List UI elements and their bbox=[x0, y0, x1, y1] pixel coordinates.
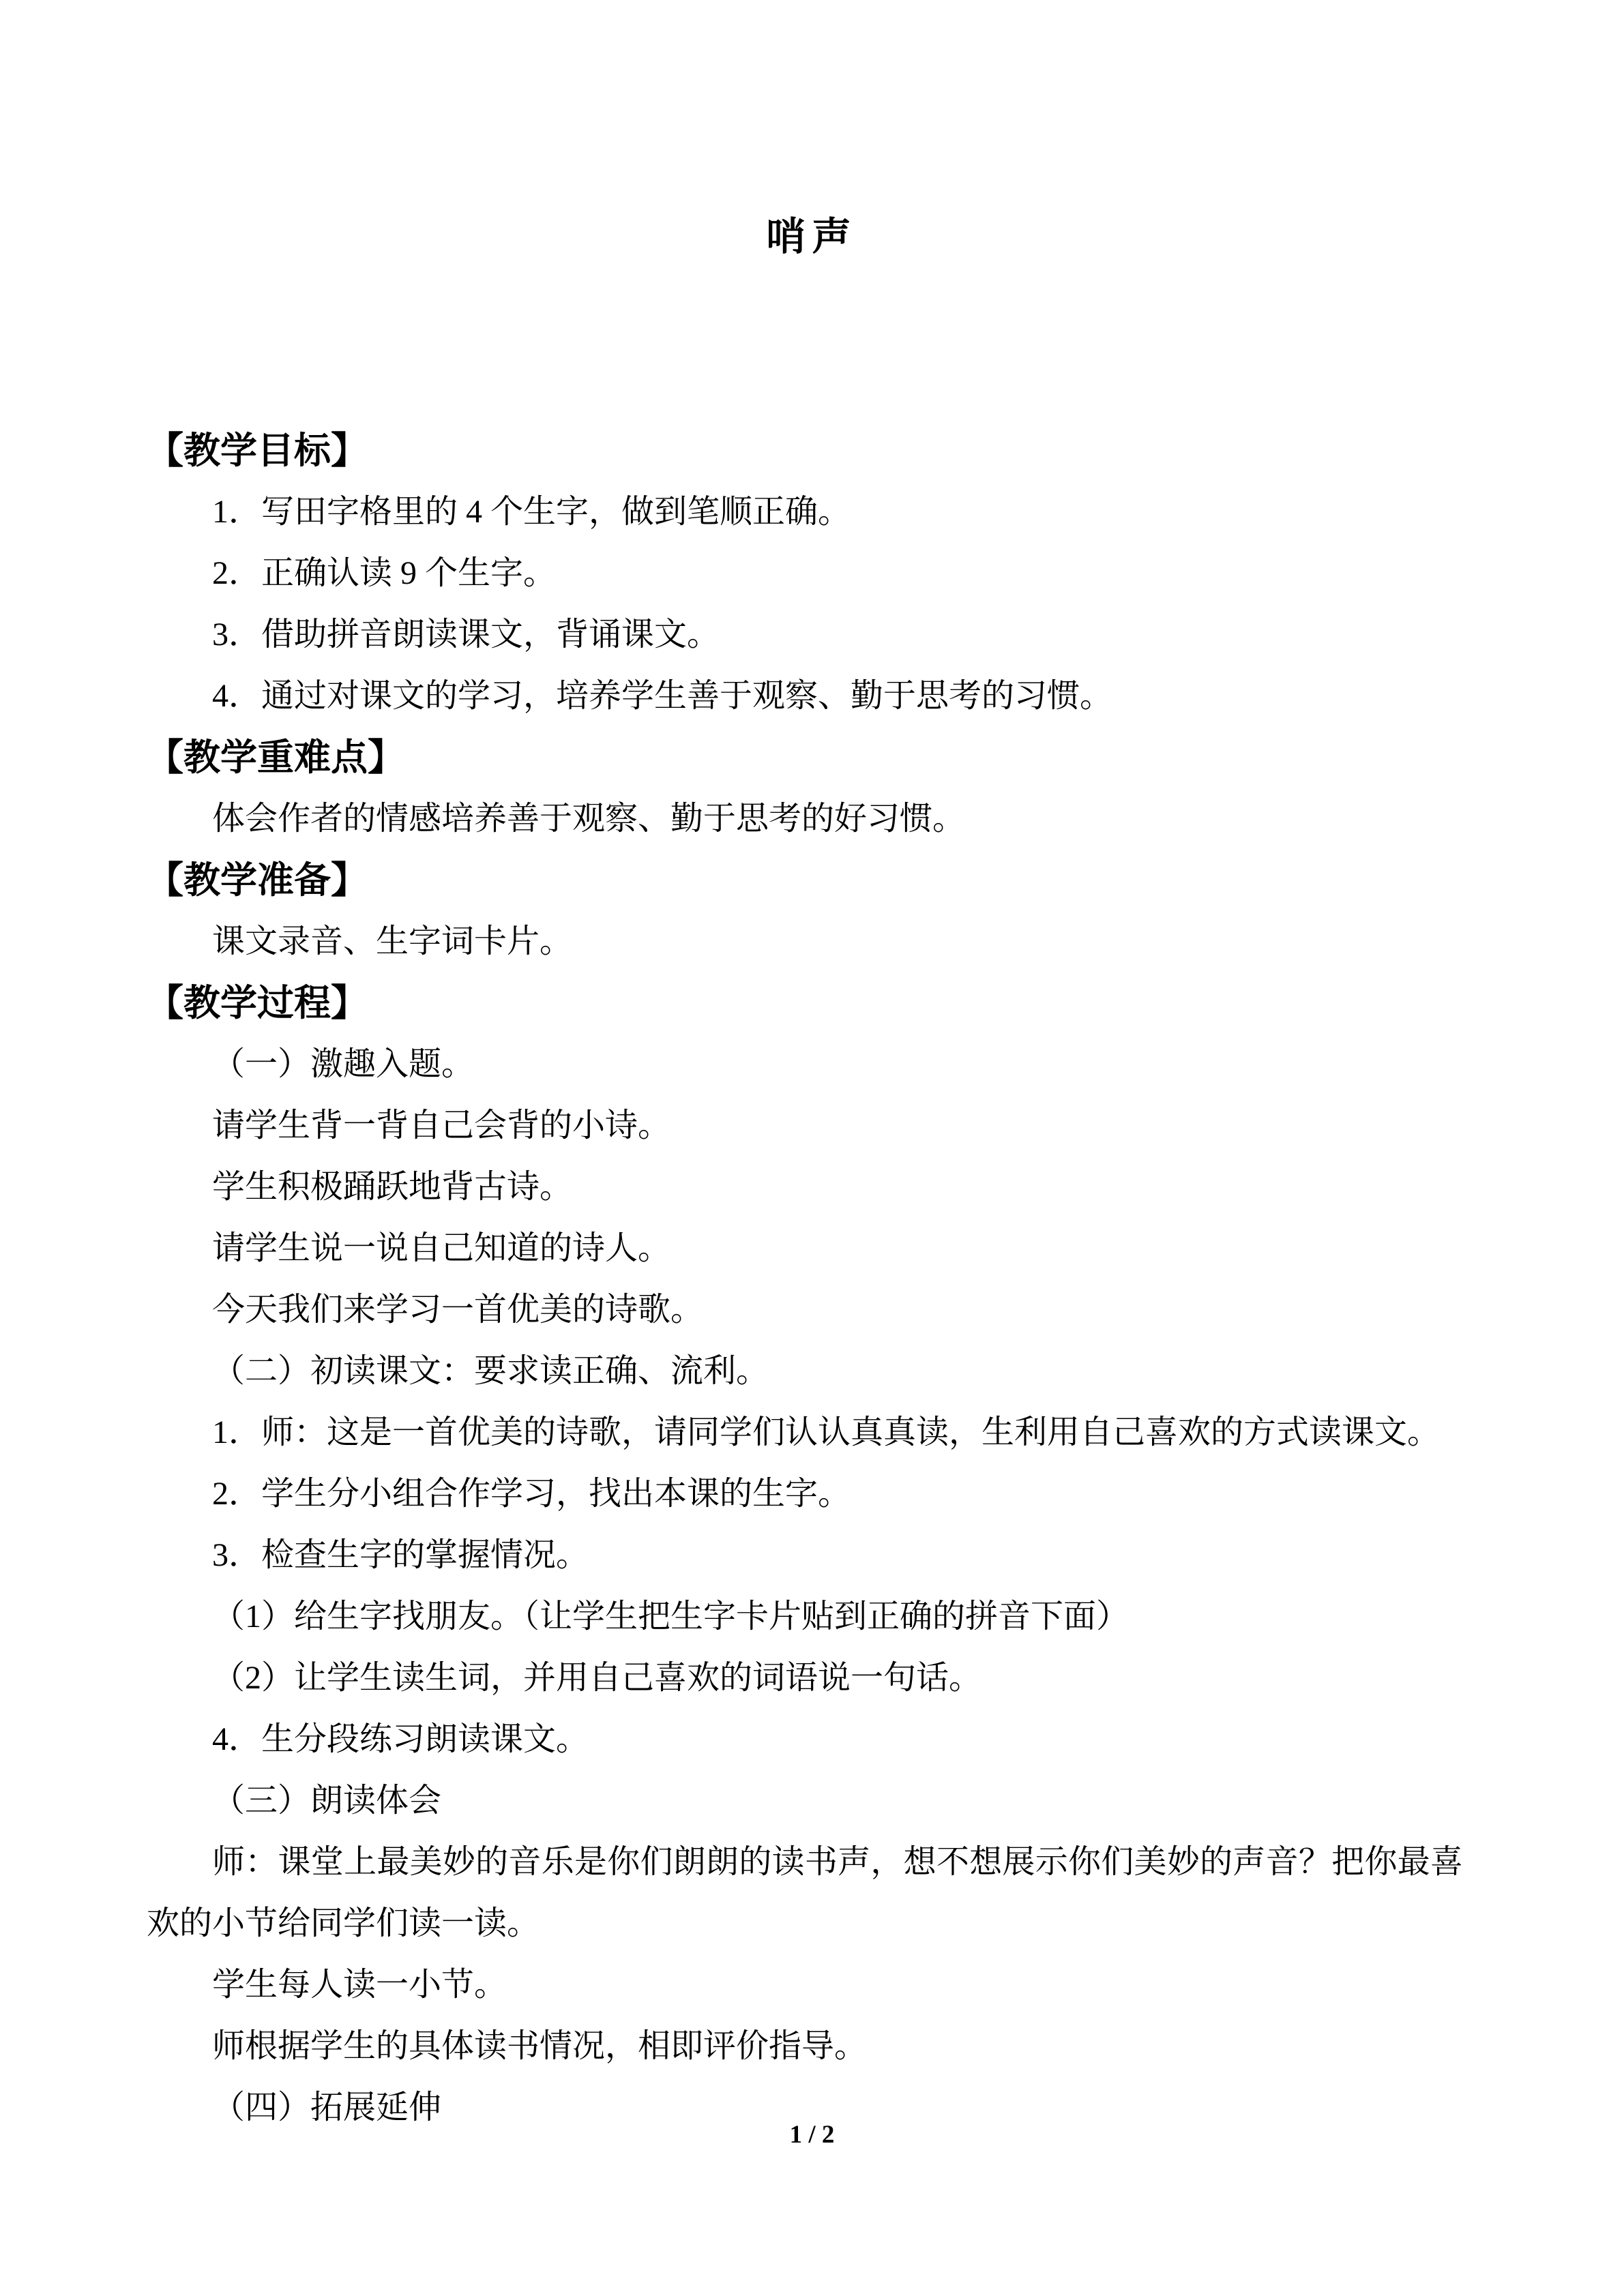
objective-item-3: 3．借助拼音朗读课文，背诵课文。 bbox=[147, 604, 1463, 666]
process-paragraph: 师：课堂上最美妙的音乐是你们朗朗的读书声，想不想展示你们美妙的声音？把你最喜欢的… bbox=[147, 1832, 1463, 1954]
process-step-2-title: （二）初读课文：要求读正确、流利。 bbox=[147, 1341, 1463, 1402]
key-points-text: 体会作者的情感培养善于观察、勤于思考的好习惯。 bbox=[147, 788, 1463, 850]
process-paragraph: 3．检查生字的掌握情况。 bbox=[147, 1525, 1463, 1586]
process-paragraph: 请学生背一背自己会背的小诗。 bbox=[147, 1095, 1463, 1157]
process-subitem-2: （2）让学生读生词，并用自己喜欢的词语说一句话。 bbox=[147, 1648, 1463, 1709]
process-paragraph: 学生每人读一小节。 bbox=[147, 1954, 1463, 2016]
process-paragraph: 请学生说一说自己知道的诗人。 bbox=[147, 1218, 1463, 1279]
process-paragraph: 2．学生分小组合作学习，找出本课的生字。 bbox=[147, 1463, 1463, 1525]
process-paragraph: 1．师：这是一首优美的诗歌，请同学们认认真真读，生利用自己喜欢的方式读课文。 bbox=[147, 1402, 1463, 1463]
process-paragraph: 4．生分段练习朗读课文。 bbox=[147, 1709, 1463, 1770]
page-number: 1 / 2 bbox=[0, 2118, 1624, 2152]
document-page: 哨声 【教学目标】 1．写田字格里的 4 个生字，做到笔顺正确。 2．正确认读 … bbox=[0, 0, 1624, 2296]
process-step-1-title: （一）激趣入题。 bbox=[147, 1034, 1463, 1095]
section-heading-key-points: 【教学重难点】 bbox=[147, 727, 1463, 788]
objective-item-1: 1．写田字格里的 4 个生字，做到笔顺正确。 bbox=[147, 481, 1463, 543]
section-heading-preparation: 【教学准备】 bbox=[147, 850, 1463, 911]
preparation-text: 课文录音、生字词卡片。 bbox=[147, 911, 1463, 972]
process-step-3-title: （三）朗读体会 bbox=[147, 1770, 1463, 1832]
objective-item-4: 4．通过对课文的学习，培养学生善于观察、勤于思考的习惯。 bbox=[147, 666, 1463, 727]
document-body: 【教学目标】 1．写田字格里的 4 个生字，做到笔顺正确。 2．正确认读 9 个… bbox=[147, 420, 1463, 2138]
objective-item-2: 2．正确认读 9 个生字。 bbox=[147, 543, 1463, 604]
process-paragraph: 今天我们来学习一首优美的诗歌。 bbox=[147, 1279, 1463, 1341]
section-heading-objectives: 【教学目标】 bbox=[147, 420, 1463, 481]
process-subitem-1: （1）给生字找朋友。（让学生把生字卡片贴到正确的拼音下面） bbox=[147, 1586, 1463, 1648]
process-paragraph: 师根据学生的具体读书情况，相即评价指导。 bbox=[147, 2016, 1463, 2077]
document-title: 哨声 bbox=[0, 0, 1624, 271]
process-paragraph: 学生积极踊跃地背古诗。 bbox=[147, 1157, 1463, 1218]
section-heading-process: 【教学过程】 bbox=[147, 972, 1463, 1034]
